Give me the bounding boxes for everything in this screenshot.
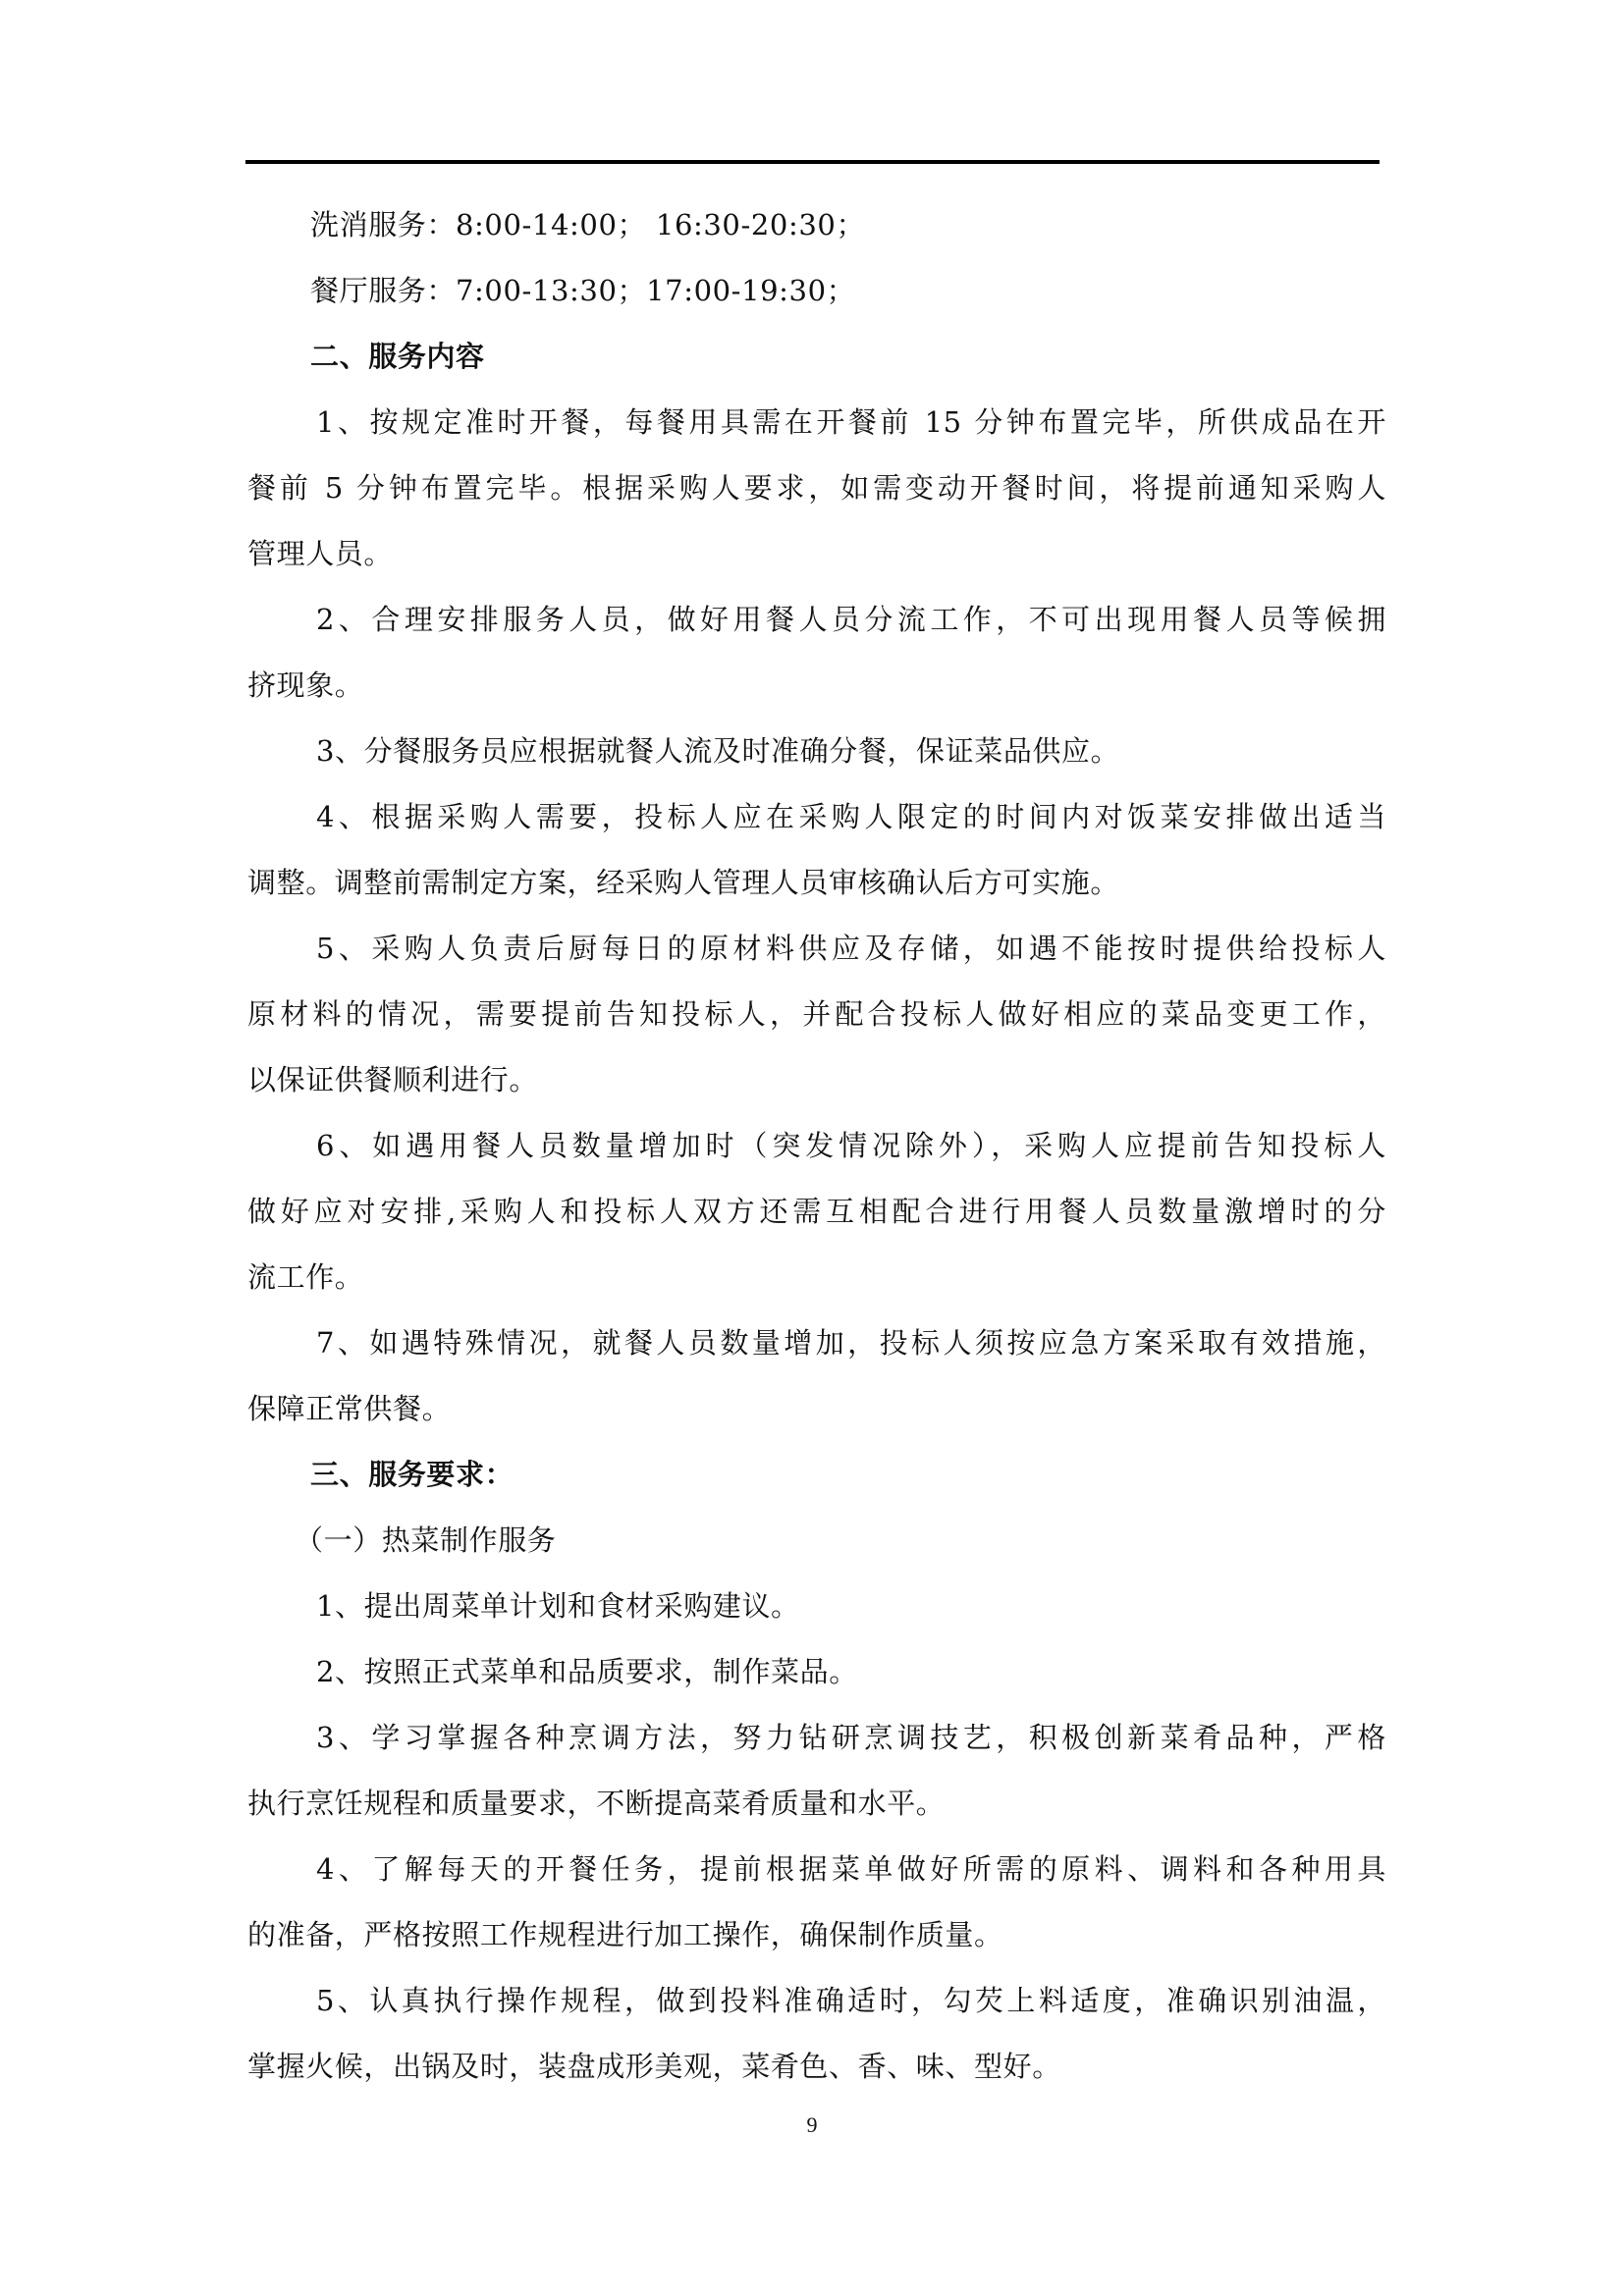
schedule-cleaning: 洗消服务：8:00-14:00； 16:30-20:30； [247, 192, 1386, 258]
service-content-item-4: 4、根据采购人需要，投标人应在采购人限定的时间内对饭菜安排做出适当 调整。调整前… [247, 784, 1386, 916]
paragraph-line: 流工作。 [247, 1245, 1386, 1310]
requirement-item-3: 3、学习掌握各种烹调方法，努力钻研烹调技艺，积极创新菜肴品种，严格 执行烹饪规程… [247, 1705, 1386, 1837]
service-content-item-2: 2、合理安排服务人员，做好用餐人员分流工作，不可出现用餐人员等候拥 挤现象。 [247, 587, 1386, 719]
section-heading-service-requirements: 三、服务要求： [247, 1442, 1386, 1508]
service-content-item-1: 1、按规定准时开餐，每餐用具需在开餐前 15 分钟布置完毕，所供成品在开 餐前 … [247, 390, 1386, 587]
page-number: 9 [0, 2112, 1624, 2138]
schedule-dining: 餐厅服务：7:00-13:30；17:00-19:30； [247, 258, 1386, 324]
paragraph-line: 1、按规定准时开餐，每餐用具需在开餐前 15 分钟布置完毕，所供成品在开 [247, 390, 1386, 455]
paragraph-line: 4、了解每天的开餐任务，提前根据菜单做好所需的原料、调料和各种用具 [247, 1837, 1386, 1902]
service-content-item-6: 6、如遇用餐人员数量增加时（突发情况除外），采购人应提前告知投标人 做好应对安排… [247, 1113, 1386, 1310]
paragraph-line: 3、分餐服务员应根据就餐人流及时准确分餐，保证菜品供应。 [247, 719, 1386, 784]
service-content-item-3: 3、分餐服务员应根据就餐人流及时准确分餐，保证菜品供应。 [247, 719, 1386, 784]
paragraph-line: 执行烹饪规程和质量要求，不断提高菜肴质量和水平。 [247, 1771, 1386, 1837]
section-heading-service-content: 二、服务内容 [247, 324, 1386, 390]
paragraph-line: 5、采购人负责后厨每日的原材料供应及存储，如遇不能按时提供给投标人 [247, 916, 1386, 982]
paragraph-line: 以保证供餐顺利进行。 [247, 1047, 1386, 1113]
paragraph-line: 4、根据采购人需要，投标人应在采购人限定的时间内对饭菜安排做出适当 [247, 784, 1386, 850]
header-rule [245, 160, 1380, 164]
paragraph-line: 2、按照正式菜单和品质要求，制作菜品。 [247, 1639, 1386, 1705]
paragraph-line: 6、如遇用餐人员数量增加时（突发情况除外），采购人应提前告知投标人 [247, 1113, 1386, 1179]
paragraph-line: 掌握火候，出锅及时，装盘成形美观，菜肴色、香、味、型好。 [247, 2034, 1386, 2100]
paragraph-line: 挤现象。 [247, 653, 1386, 719]
requirement-item-5: 5、认真执行操作规程，做到投料准确适时，勾芡上料适度，准确识别油温， 掌握火候，… [247, 1968, 1386, 2100]
service-content-item-7: 7、如遇特殊情况，就餐人员数量增加，投标人须按应急方案采取有效措施， 保障正常供… [247, 1310, 1386, 1442]
paragraph-line: 调整。调整前需制定方案，经采购人管理人员审核确认后方可实施。 [247, 850, 1386, 916]
requirement-item-4: 4、了解每天的开餐任务，提前根据菜单做好所需的原料、调料和各种用具 的准备，严格… [247, 1837, 1386, 1968]
requirement-item-1: 1、提出周菜单计划和食材采购建议。 [247, 1574, 1386, 1639]
paragraph-line: 原材料的情况，需要提前告知投标人，并配合投标人做好相应的菜品变更工作， [247, 982, 1386, 1047]
paragraph-line: 1、提出周菜单计划和食材采购建议。 [247, 1574, 1386, 1639]
paragraph-line: 5、认真执行操作规程，做到投料准确适时，勾芡上料适度，准确识别油温， [247, 1968, 1386, 2034]
paragraph-line: 管理人员。 [247, 521, 1386, 587]
paragraph-line: 保障正常供餐。 [247, 1376, 1386, 1442]
paragraph-line: 7、如遇特殊情况，就餐人员数量增加，投标人须按应急方案采取有效措施， [247, 1310, 1386, 1376]
paragraph-line: 做好应对安排,采购人和投标人双方还需互相配合进行用餐人员数量激增时的分 [247, 1179, 1386, 1245]
service-content-item-5: 5、采购人负责后厨每日的原材料供应及存储，如遇不能按时提供给投标人 原材料的情况… [247, 916, 1386, 1113]
paragraph-line: 3、学习掌握各种烹调方法，努力钻研烹调技艺，积极创新菜肴品种，严格 [247, 1705, 1386, 1771]
paragraph-line: 的准备，严格按照工作规程进行加工操作，确保制作质量。 [247, 1902, 1386, 1968]
page-body: 洗消服务：8:00-14:00； 16:30-20:30； 餐厅服务：7:00-… [247, 192, 1386, 2100]
paragraph-line: 2、合理安排服务人员，做好用餐人员分流工作，不可出现用餐人员等候拥 [247, 587, 1386, 653]
subsection-heading-hot-dishes: （一）热菜制作服务 [247, 1508, 1386, 1574]
requirement-item-2: 2、按照正式菜单和品质要求，制作菜品。 [247, 1639, 1386, 1705]
paragraph-line: 餐前 5 分钟布置完毕。根据采购人要求，如需变动开餐时间，将提前通知采购人 [247, 455, 1386, 521]
